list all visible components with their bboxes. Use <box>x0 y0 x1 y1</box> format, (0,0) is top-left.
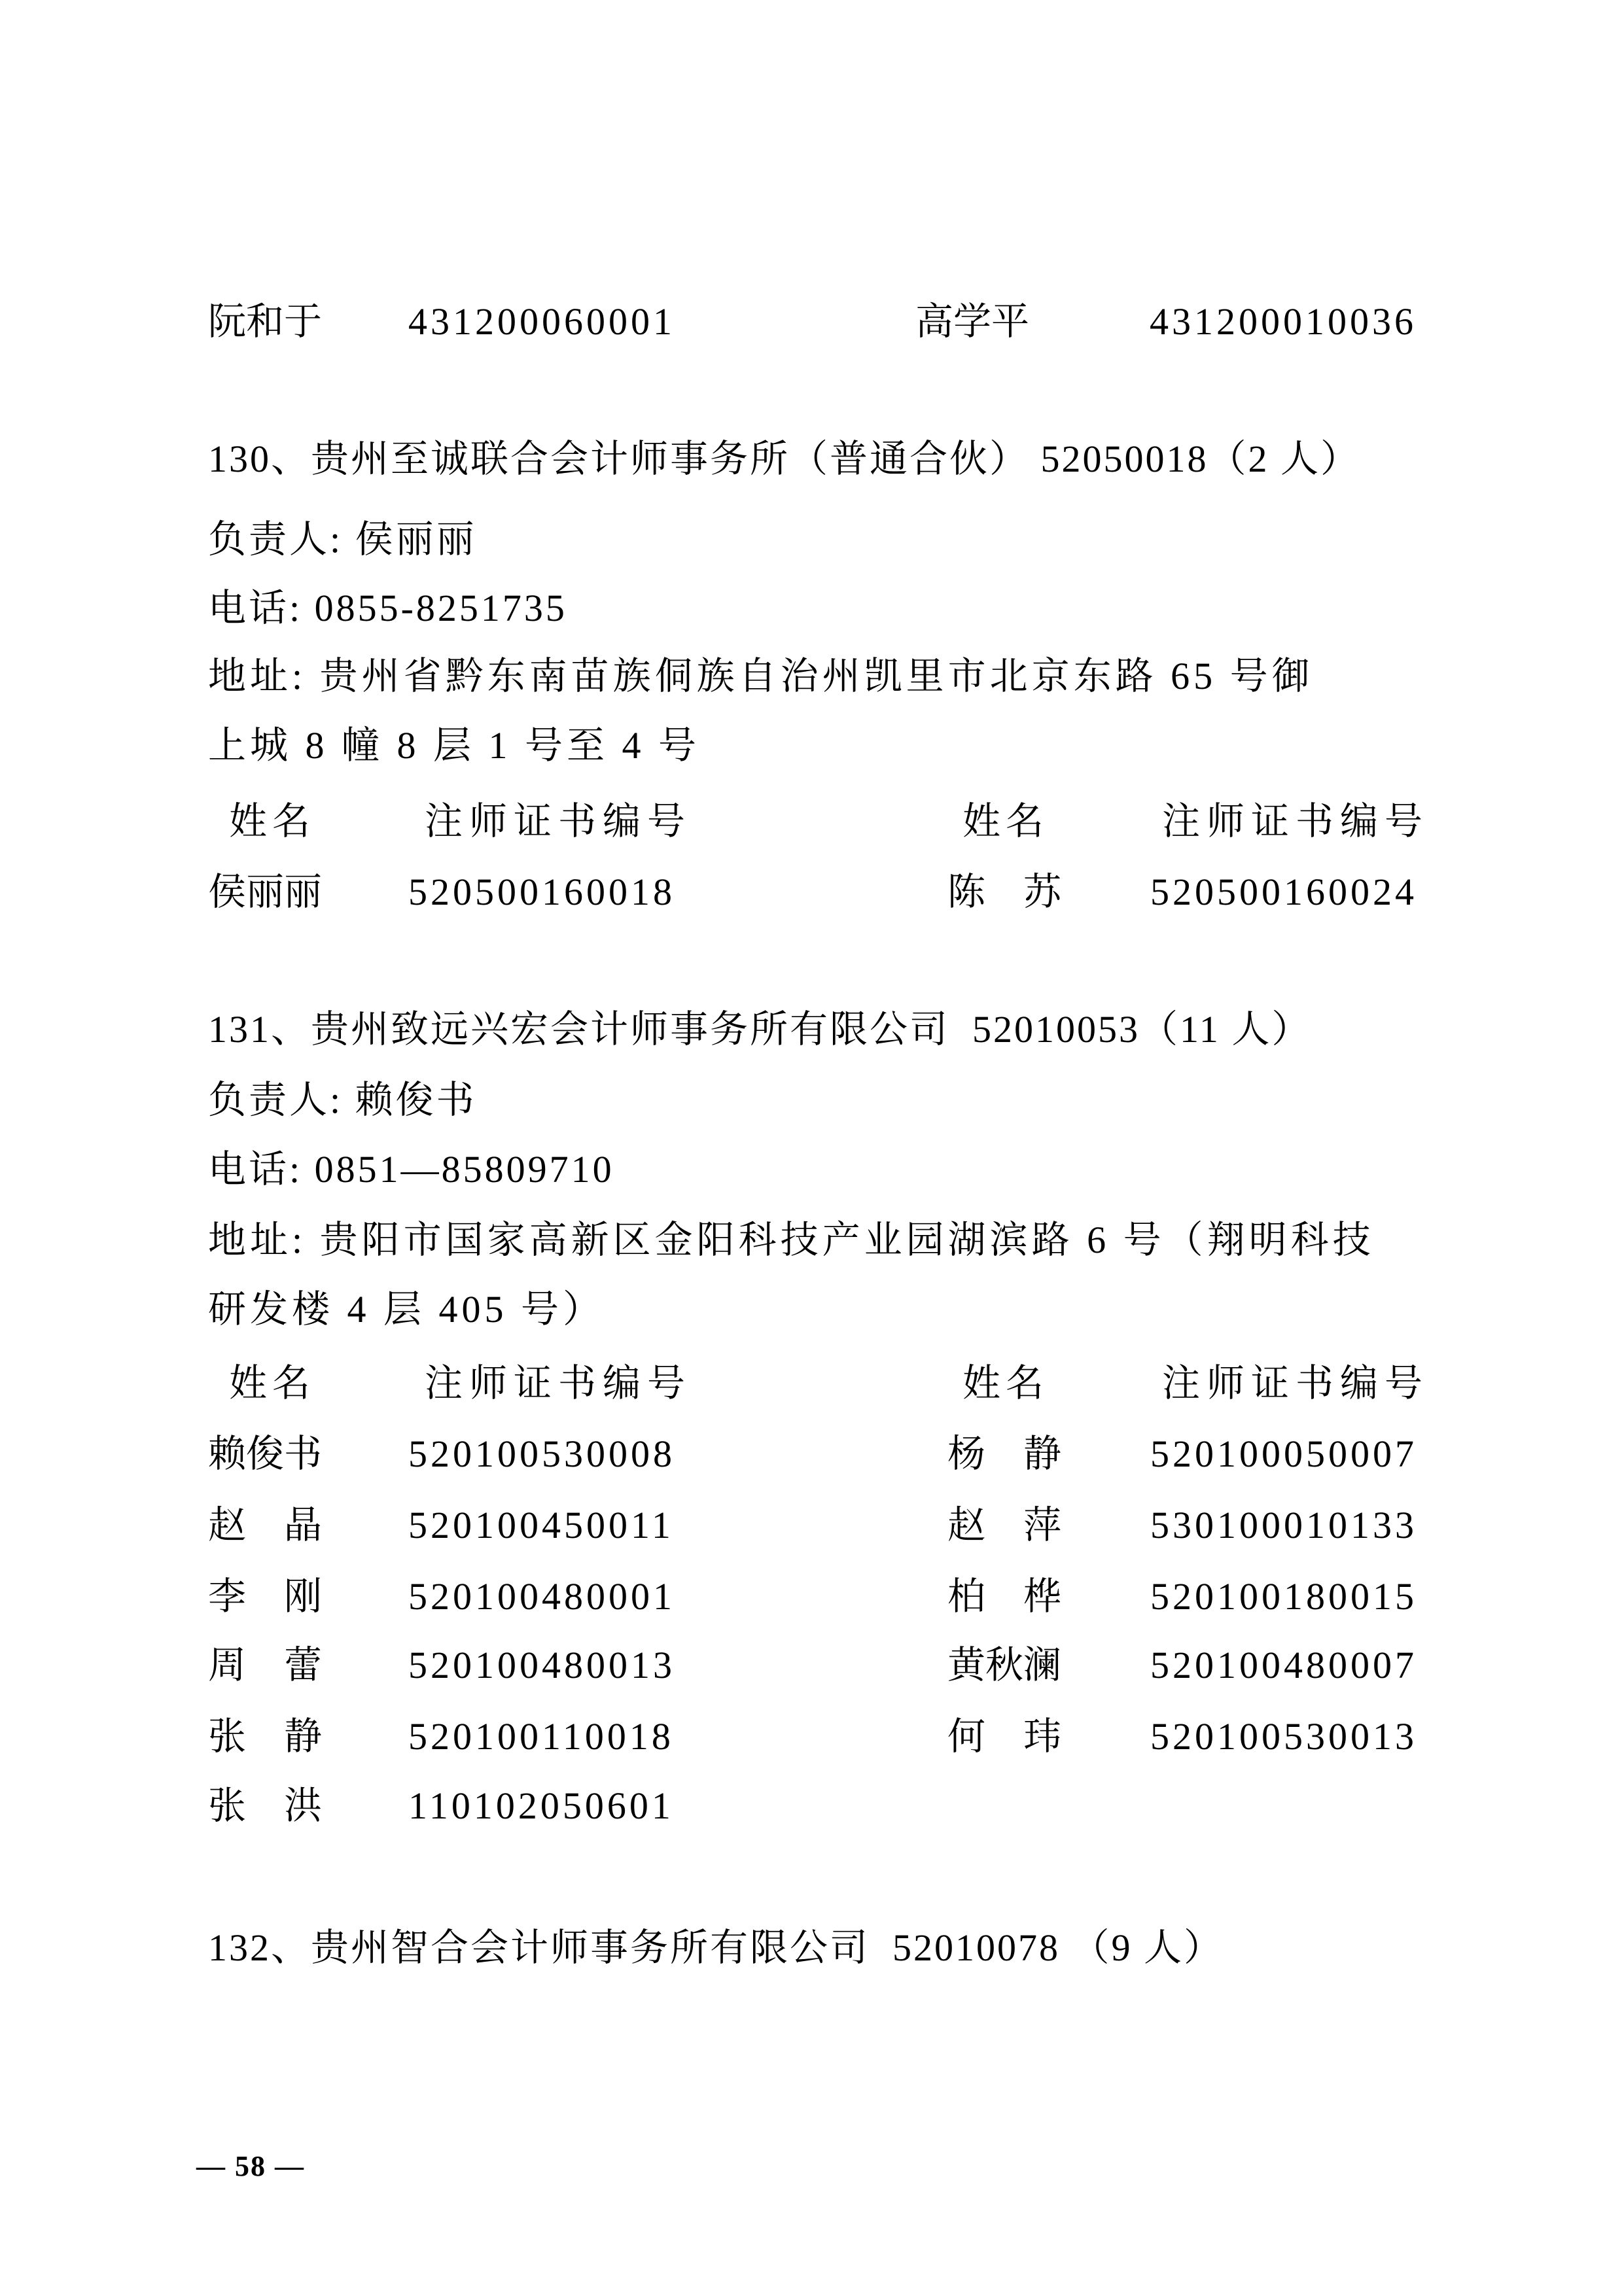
member-name: 柏 桦 <box>947 1577 1061 1617</box>
page-number: — 58 — <box>196 2149 305 2183</box>
section-heading-131: 131、贵州致远兴宏会计师事务所有限公司 52010053（11 人） <box>208 1010 1311 1050</box>
cert-number: 520100450011 <box>408 1506 674 1546</box>
cert-number: 520100110018 <box>408 1717 674 1757</box>
cert-number: 520100480001 <box>408 1577 675 1617</box>
cert-number: 520100180015 <box>1150 1577 1417 1617</box>
table-row: 赖俊书 520100530008 杨 静 520100050007 <box>0 1435 1624 1476</box>
member-name: 李 刚 <box>208 1577 322 1617</box>
column-header-name: 姓名 <box>962 1364 1049 1404</box>
table-row: 张 洪 110102050601 <box>0 1786 1624 1828</box>
member-name: 高学平 <box>915 302 1029 342</box>
member-name: 赵 萍 <box>947 1506 1061 1546</box>
address-line-1: 地址: 贵州省黔东南苗族侗族自治州凯里市北京东路 65 号御 <box>208 657 1314 697</box>
member-name: 赵 晶 <box>208 1506 322 1546</box>
cert-number: 520100480007 <box>1150 1646 1417 1686</box>
member-name: 周 蕾 <box>208 1646 322 1686</box>
member-name: 何 玮 <box>947 1717 1061 1757</box>
column-header-cert: 注师证书编号 <box>425 1364 692 1404</box>
cert-number: 431200010036 <box>1150 302 1417 342</box>
section-heading-130: 130、贵州至诚联合会计师事务所（普通合伙） 52050018（2 人） <box>208 440 1360 479</box>
member-name: 张 静 <box>208 1717 322 1757</box>
table-row: 周 蕾 520100480013 黄秋澜 520100480007 <box>0 1646 1624 1688</box>
cert-number: 520100530013 <box>1150 1717 1417 1757</box>
phone-line: 电话: 0851—85809710 <box>208 1150 614 1190</box>
column-header-cert: 注师证书编号 <box>1162 1364 1429 1404</box>
section-heading-132: 132、贵州智合会计师事务所有限公司 52010078 （9 人） <box>208 1928 1224 1968</box>
leader-line: 负责人: 侯丽丽 <box>208 520 477 560</box>
table-header-row: 姓名 注师证书编号 姓名 注师证书编号 <box>0 1364 1624 1406</box>
document-page: 阮和于 431200060001 高学平 431200010036 130、贵州… <box>0 0 1624 2296</box>
table-row: 阮和于 431200060001 高学平 431200010036 <box>0 302 1624 344</box>
cert-number: 520500160018 <box>408 873 675 913</box>
phone-line: 电话: 0855-8251735 <box>208 589 567 629</box>
cert-number: 431200060001 <box>408 302 675 342</box>
address-line-1: 地址: 贵阳市国家高新区金阳科技产业园湖滨路 6 号（翔明科技 <box>208 1221 1375 1261</box>
column-header-cert: 注师证书编号 <box>1162 802 1429 842</box>
table-row: 侯丽丽 520500160018 陈 苏 520500160024 <box>0 873 1624 914</box>
column-header-name: 姓名 <box>962 802 1049 842</box>
member-name: 赖俊书 <box>208 1435 322 1474</box>
column-header-name: 姓名 <box>229 802 315 842</box>
leader-line: 负责人: 赖俊书 <box>208 1081 477 1121</box>
cert-number: 530100010133 <box>1150 1506 1417 1546</box>
member-name: 张 洪 <box>208 1786 322 1826</box>
member-name: 杨 静 <box>947 1435 1061 1474</box>
table-row: 张 静 520100110018 何 玮 520100530013 <box>0 1717 1624 1759</box>
cert-number: 520100530008 <box>408 1435 675 1474</box>
cert-number: 520500160024 <box>1150 873 1417 913</box>
member-name: 阮和于 <box>208 302 322 342</box>
member-name: 侯丽丽 <box>208 873 322 913</box>
table-header-row: 姓名 注师证书编号 姓名 注师证书编号 <box>0 802 1624 844</box>
cert-number: 520100050007 <box>1150 1435 1417 1474</box>
column-header-name: 姓名 <box>229 1364 315 1404</box>
column-header-cert: 注师证书编号 <box>425 802 692 842</box>
member-name: 黄秋澜 <box>947 1646 1061 1686</box>
cert-number: 110102050601 <box>408 1786 674 1826</box>
table-row: 李 刚 520100480001 柏 桦 520100180015 <box>0 1577 1624 1619</box>
member-name: 陈 苏 <box>947 873 1061 913</box>
table-row: 赵 晶 520100450011 赵 萍 530100010133 <box>0 1506 1624 1548</box>
address-line-2: 研发楼 4 层 405 号） <box>208 1290 605 1330</box>
address-line-2: 上城 8 幢 8 层 1 号至 4 号 <box>208 726 700 766</box>
cert-number: 520100480013 <box>408 1646 675 1686</box>
